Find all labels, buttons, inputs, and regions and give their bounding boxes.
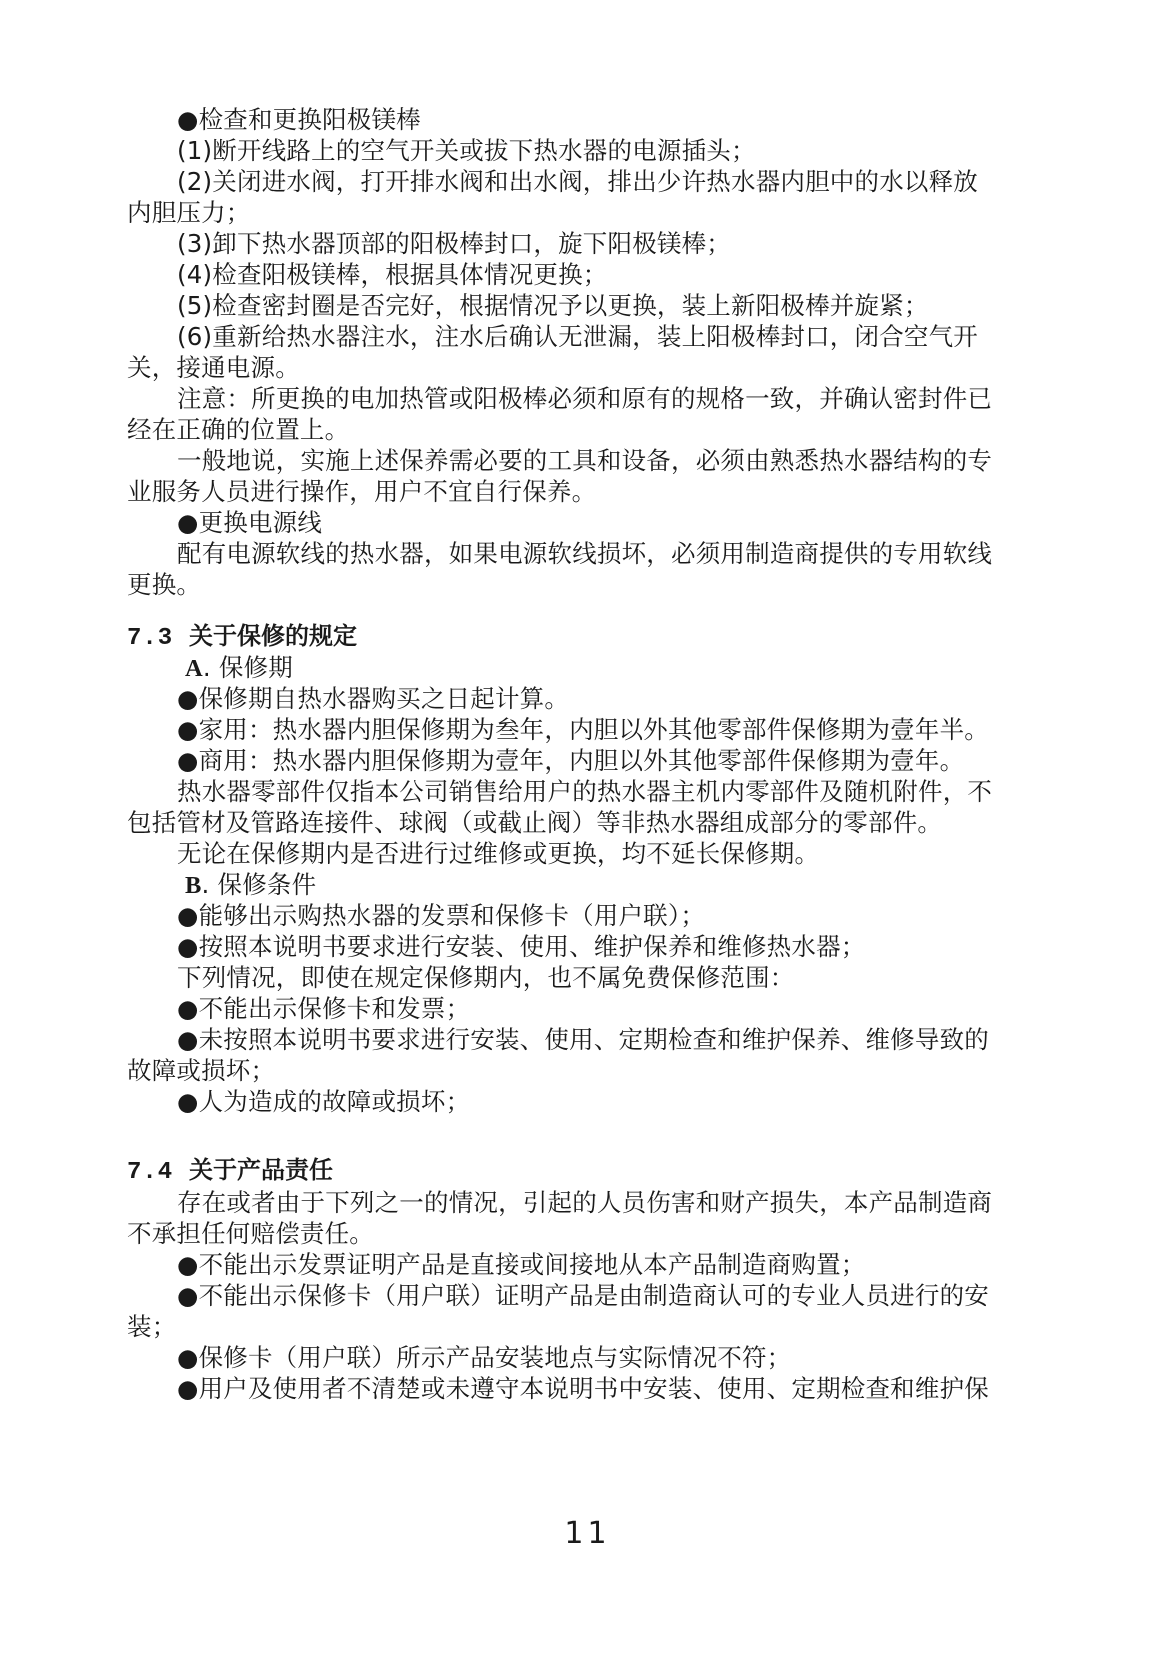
section-number: 7.3 bbox=[127, 623, 189, 655]
step-2-cont: 内胆压力； bbox=[127, 197, 251, 229]
warranty-condition-line-6: 故障或损坏； bbox=[127, 1055, 275, 1087]
subheading-a: A. 保修期 bbox=[185, 652, 293, 685]
warranty-condition-line-5: ●未按照本说明书要求进行安装、使用、定期检查和维护保养、维修导致的 bbox=[177, 1024, 989, 1056]
warranty-period-line-6: 无论在保修期内是否进行过维修或更换，均不延长保修期。 bbox=[177, 838, 819, 870]
general-line-2: 业服务人员进行操作，用户不宜自行保养。 bbox=[127, 476, 596, 508]
section-number: 7.4 bbox=[127, 1157, 189, 1189]
step-6-cont: 关，接通电源。 bbox=[127, 352, 300, 384]
warranty-period-line-5: 包括管材及管路连接件、球阀（或截止阀）等非热水器组成部分的零部件。 bbox=[127, 807, 942, 839]
warranty-period-line-4: 热水器零部件仅指本公司销售给用户的热水器主机内零部件及随机附件，不 bbox=[177, 776, 992, 808]
note-line-2: 经在正确的位置上。 bbox=[127, 414, 349, 446]
subheading-title: . 保修期 bbox=[203, 653, 293, 682]
bullet-heading-power-cord: ●更换电源线 bbox=[177, 507, 322, 539]
subheading-title: . 保修条件 bbox=[202, 870, 317, 899]
warranty-period-line-1: ●保修期自热水器购买之日起计算。 bbox=[177, 683, 569, 715]
warranty-condition-line-2: ●按照本说明书要求进行安装、使用、维护保养和维修热水器； bbox=[177, 931, 865, 963]
subheading-label: A bbox=[185, 655, 203, 682]
section-title: 关于保修的规定 bbox=[189, 621, 357, 650]
liability-line-3: ●不能出示发票证明产品是直接或间接地从本产品制造商购置； bbox=[177, 1249, 865, 1281]
warranty-condition-line-4: ●不能出示保修卡和发票； bbox=[177, 993, 470, 1025]
step-2: (2)关闭进水阀，打开排水阀和出水阀，排出少许热水器内胆中的水以释放 bbox=[177, 166, 978, 198]
section-title: 关于产品责任 bbox=[189, 1155, 333, 1184]
liability-line-1: 存在或者由于下列之一的情况，引起的人员伤害和财产损失，本产品制造商 bbox=[177, 1187, 992, 1219]
bullet-heading-anode-rod: ●检查和更换阳极镁棒 bbox=[177, 104, 421, 136]
subheading-label: B bbox=[185, 872, 202, 899]
note-line-1: 注意：所更换的电加热管或阳极棒必须和原有的规格一致，并确认密封件已 bbox=[177, 383, 992, 415]
step-5: (5)检查密封圈是否完好，根据情况予以更换，装上新阳极棒并旋紧； bbox=[177, 290, 929, 322]
subheading-b: B. 保修条件 bbox=[185, 869, 316, 902]
page-number: 11 bbox=[0, 1516, 1175, 1551]
power-cord-line-1: 配有电源软线的热水器，如果电源软线损坏，必须用制造商提供的专用软线 bbox=[177, 538, 992, 570]
general-line-1: 一般地说，实施上述保养需必要的工具和设备，必须由熟悉热水器结构的专 bbox=[177, 445, 992, 477]
step-4: (4)检查阳极镁棒，根据具体情况更换； bbox=[177, 259, 608, 291]
warranty-period-line-2: ●家用：热水器内胆保修期为叁年，内胆以外其他零部件保修期为壹年半。 bbox=[177, 714, 989, 746]
liability-line-7: ●用户及使用者不清楚或未遵守本说明书中安装、使用、定期检查和维护保 bbox=[177, 1373, 989, 1405]
power-cord-line-2: 更换。 bbox=[127, 569, 201, 601]
step-3: (3)卸下热水器顶部的阳极棒封口，旋下阳极镁棒； bbox=[177, 228, 731, 260]
warranty-condition-line-1: ●能够出示购热水器的发票和保修卡（用户联）； bbox=[177, 900, 705, 932]
warranty-condition-line-7: ●人为造成的故障或损坏； bbox=[177, 1086, 470, 1118]
liability-line-5: 装； bbox=[127, 1311, 176, 1343]
liability-line-6: ●保修卡（用户联）所示产品安装地点与实际情况不符； bbox=[177, 1342, 791, 1374]
warranty-condition-line-3: 下列情况，即使在规定保修期内，也不属免费保修范围： bbox=[177, 962, 795, 994]
liability-line-2: 不承担任何赔偿责任。 bbox=[127, 1218, 374, 1250]
step-1: (1)断开线路上的空气开关或拔下热水器的电源插头； bbox=[177, 135, 756, 167]
section-heading-warranty: 7.3关于保修的规定 bbox=[127, 620, 357, 655]
warranty-period-line-3: ●商用：热水器内胆保修期为壹年，内胆以外其他零部件保修期为壹年。 bbox=[177, 745, 964, 777]
liability-line-4: ●不能出示保修卡（用户联）证明产品是由制造商认可的专业人员进行的安 bbox=[177, 1280, 989, 1312]
step-6: (6)重新给热水器注水，注水后确认无泄漏，装上阳极棒封口，闭合空气开 bbox=[177, 321, 978, 353]
section-heading-liability: 7.4关于产品责任 bbox=[127, 1154, 333, 1189]
